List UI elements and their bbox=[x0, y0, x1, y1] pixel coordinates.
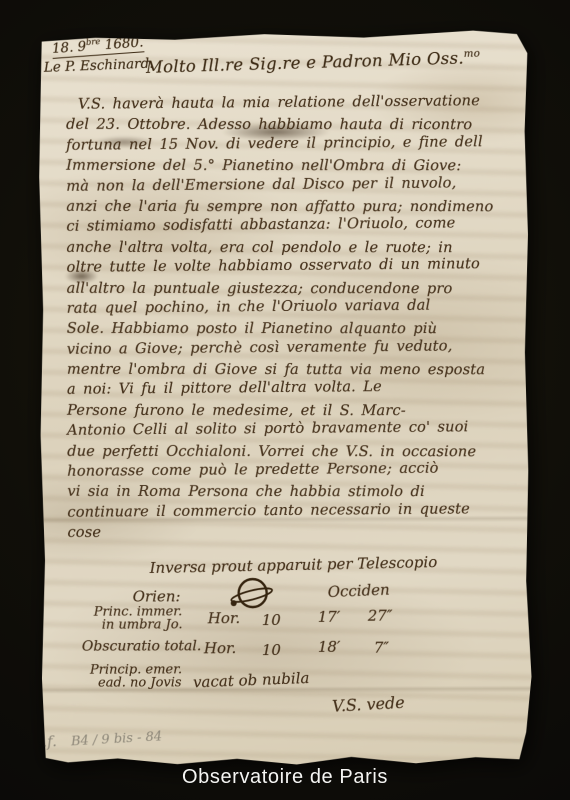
hours-value: 10 bbox=[262, 641, 281, 659]
row-label-emersion: Princip. emer. ead. no Jovis bbox=[90, 663, 182, 689]
manuscript-paper: 18. 9bre 1680. Le P. Eschinard. Molto Il… bbox=[36, 28, 536, 767]
letter-line: Antonio Celli al solito si portò bravame… bbox=[67, 418, 519, 442]
letter-line: rata quel pochino, in che l'Oriuolo vari… bbox=[67, 296, 519, 320]
caption-text: Observatoire de Paris bbox=[182, 766, 388, 789]
archive-author-note: Le P. Eschinard. bbox=[44, 56, 154, 76]
archive-date: 18. 9bre 1680. bbox=[51, 32, 144, 56]
hor-word: Hor. bbox=[204, 639, 236, 657]
caption-bar: Observatoire de Paris bbox=[0, 754, 570, 800]
minutes-value: 17′ bbox=[318, 608, 341, 626]
occident-label: Occiden bbox=[327, 581, 390, 601]
letter-line: cose bbox=[67, 524, 519, 545]
paper-sheet: 18. 9bre 1680. Le P. Eschinard. Molto Il… bbox=[36, 28, 536, 767]
letter-line: continuare il commercio tanto necessario… bbox=[67, 500, 519, 524]
letter-line: fortuna nel 15 Nov. di vedere il princip… bbox=[66, 133, 518, 157]
row-label-obscuration: Obscuratio total. bbox=[82, 640, 202, 653]
row-label-immersion: Princ. immer. in umbra Jo. bbox=[94, 605, 183, 631]
observation-caption: Inversa prout apparuit per Telescopio bbox=[149, 553, 437, 577]
vacat-note: vacat ob nubila bbox=[193, 669, 310, 691]
letter-line: a noi: Vi fu il pittore dell'altra volta… bbox=[67, 377, 519, 401]
hours-value: 10 bbox=[262, 611, 281, 629]
letter-line: ci stimiamo sodisfatti abbastanza: l'Ori… bbox=[66, 214, 518, 238]
salutation: Molto Ill.re Sig.re e Padron Mio Oss.mo bbox=[146, 48, 481, 77]
photograph-background: 18. 9bre 1680. Le P. Eschinard. Molto Il… bbox=[0, 0, 570, 800]
seconds-value: 7″ bbox=[374, 639, 389, 657]
closing-signature: V.S. vede bbox=[332, 693, 406, 716]
minutes-value: 18′ bbox=[318, 638, 341, 656]
orient-label: Orien: bbox=[133, 587, 181, 605]
letter-line: vicino a Giove; perchè così veramente fu… bbox=[67, 337, 519, 361]
letter-line: mà non la dell'Emersione dal Disco per i… bbox=[66, 173, 518, 197]
pencil-shelfmark: .f. B4 / 9 bis - 84 bbox=[42, 726, 163, 751]
pencil-mark: .f. bbox=[42, 732, 58, 751]
letter-line: oltre tutte le volte habbiamo osservato … bbox=[66, 255, 518, 279]
seconds-value: 27″ bbox=[368, 607, 393, 625]
hor-word: Hor. bbox=[208, 609, 240, 627]
letter-body: V.S. haverà hauta la mia relatione dell'… bbox=[66, 94, 520, 544]
letter-line: honorasse come può le predette Persone; … bbox=[67, 459, 519, 483]
letter-line: V.S. haverà hauta la mia relatione dell'… bbox=[66, 92, 518, 116]
